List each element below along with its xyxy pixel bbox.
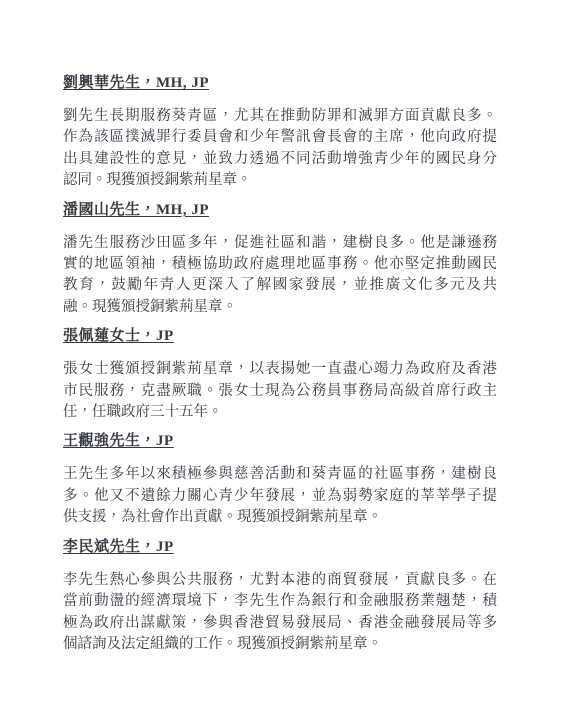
citation-line: 李先生熱心參與公共服務，尤對本港的商貿發展，貢獻良多。在 (63, 570, 497, 591)
citation-line: 融。現獲頒授銅紫荊星章。 (63, 297, 497, 318)
citation-line: 當前動盪的經濟環境下，李先生作為銀行和金融服務業翹楚，積 (63, 591, 497, 612)
recipient-name-heading: 劉興華先生，MH, JP (63, 73, 497, 94)
citation-line: 張女士獲頒授銅紫荊星章，以表揚她一直盡心竭力為政府及香港 (63, 359, 497, 380)
citation-line: 多。他又不遺餘力關心青少年發展，並為弱勢家庭的莘莘學子提 (63, 486, 497, 507)
recipient-section-5: 李民斌先生，JP 李先生熱心參與公共服務，尤對本港的商貿發展，貢獻良多。在當前動… (63, 537, 497, 656)
recipient-section-2: 潘國山先生，MH, JP 潘先生服務沙田區多年，促進社區和諧，建樹良多。他是謙遜… (63, 200, 497, 319)
recipient-section-3: 張佩蓮女士，JP 張女士獲頒授銅紫荊星章，以表揚她一直盡心竭力為政府及香港市民服… (63, 326, 497, 423)
recipient-name-heading: 李民斌先生，JP (63, 537, 497, 558)
citation-line: 認同。現獲頒授銅紫荊星章。 (63, 170, 497, 191)
citation-paragraph: 劉先生長期服務葵青區，尤其在推動防罪和滅罪方面貢獻良多。作為該區撲滅罪行委員會和… (63, 106, 497, 192)
citation-paragraph: 張女士獲頒授銅紫荊星章，以表揚她一直盡心竭力為政府及香港市民服務，克盡厥職。張女… (63, 359, 497, 423)
recipient-name-heading: 潘國山先生，MH, JP (63, 200, 497, 221)
citation-paragraph: 王先生多年以來積極參與慈善活動和葵青區的社區事務，建樹良多。他又不遺餘力關心青少… (63, 464, 497, 528)
citation-line: 極為政府出謀獻策，參與香港貿易發展局、香港金融發展局等多 (63, 613, 497, 634)
citation-paragraph: 潘先生服務沙田區多年，促進社區和諧，建樹良多。他是謙遜務實的地區領袖，積極協助政… (63, 233, 497, 319)
recipient-section-4: 王觀強先生，JP 王先生多年以來積極參與慈善活動和葵青區的社區事務，建樹良多。他… (63, 431, 497, 528)
citation-line: 作為該區撲滅罪行委員會和少年警訊會長會的主席，他向政府提 (63, 127, 497, 148)
recipient-name-heading: 王觀強先生，JP (63, 431, 497, 452)
citation-line: 市民服務，克盡厥職。張女士現為公務員事務局高級首席行政主 (63, 381, 497, 402)
citation-line: 個諮詢及法定組織的工作。現獲頒授銅紫荊星章。 (63, 634, 497, 655)
citation-line: 出具建設性的意見，並致力透過不同活動增強青少年的國民身分 (63, 149, 497, 170)
recipient-name-heading: 張佩蓮女士，JP (63, 326, 497, 347)
recipient-section-1: 劉興華先生，MH, JP 劉先生長期服務葵青區，尤其在推動防罪和滅罪方面貢獻良多… (63, 73, 497, 192)
citation-paragraph: 李先生熱心參與公共服務，尤對本港的商貿發展，貢獻良多。在當前動盪的經濟環境下，李… (63, 570, 497, 656)
document-page: 劉興華先生，MH, JP 劉先生長期服務葵青區，尤其在推動防罪和滅罪方面貢獻良多… (0, 0, 564, 701)
citation-line: 劉先生長期服務葵青區，尤其在推動防罪和滅罪方面貢獻良多。 (63, 106, 497, 127)
citation-line: 王先生多年以來積極參與慈善活動和葵青區的社區事務，建樹良 (63, 464, 497, 485)
citation-line: 任，任職政府三十五年。 (63, 402, 497, 423)
citation-line: 供支援，為社會作出貢獻。現獲頒授銅紫荊星章。 (63, 507, 497, 528)
citation-line: 教育，鼓勵年青人更深入了解國家發展，並推廣文化多元及共 (63, 275, 497, 296)
citation-line: 潘先生服務沙田區多年，促進社區和諧，建樹良多。他是謙遜務 (63, 233, 497, 254)
citation-line: 實的地區領袖，積極協助政府處理地區事務。他亦堅定推動國民 (63, 254, 497, 275)
